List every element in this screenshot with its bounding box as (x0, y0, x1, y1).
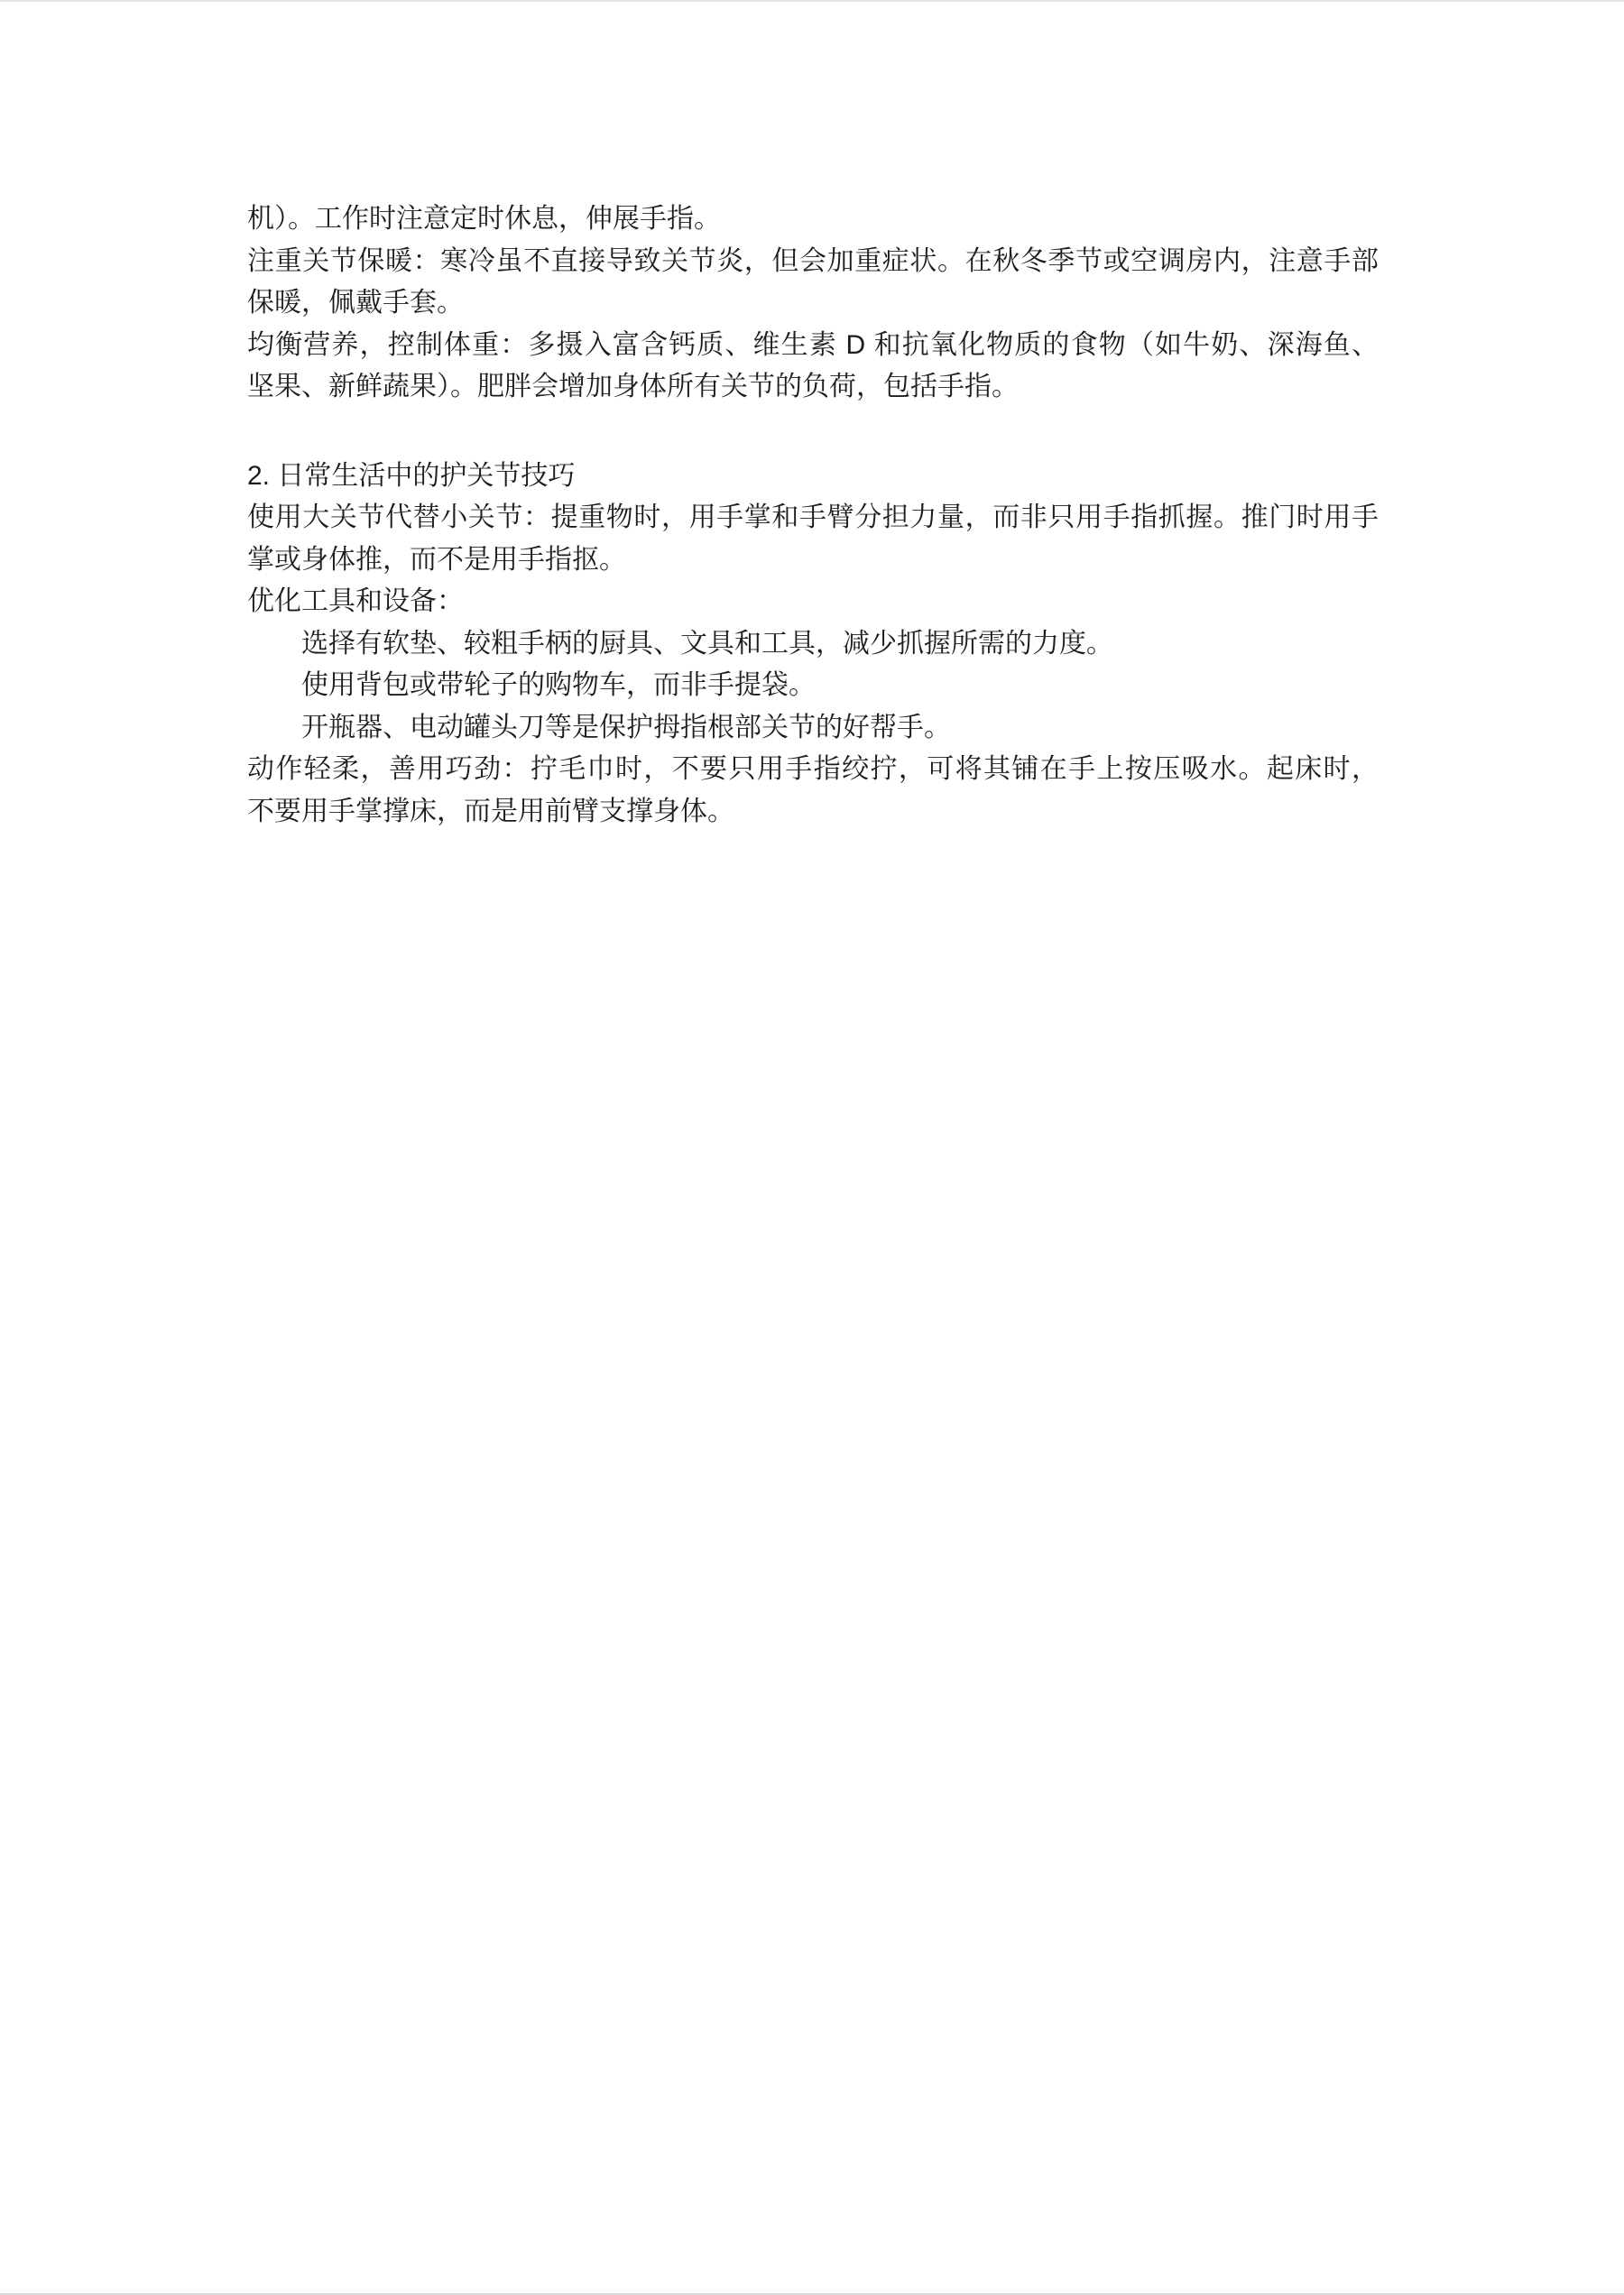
list-item: 开瓶器、电动罐头刀等是保护拇指根部关节的好帮手。 (247, 707, 1379, 750)
text-line: 掌或身体推，而不是用手指抠。 (247, 539, 1379, 582)
text-line: 使用大关节代替小关节：提重物时，用手掌和手臂分担力量，而非只用手指抓握。推门时用… (247, 497, 1379, 539)
text-line: 保暖，佩戴手套。 (247, 282, 1379, 325)
text-line: 机）。工作时注意定时休息，伸展手指。 (247, 198, 1379, 241)
text-line: 优化工具和设备： (247, 581, 1379, 623)
section-heading: 2. 日常生活中的护关节技巧 (247, 456, 1379, 498)
page-edge-top (0, 0, 1624, 2)
list-item: 选择有软垫、较粗手柄的厨具、文具和工具，减少抓握所需的力度。 (247, 623, 1379, 666)
paragraph-spacer (247, 409, 1379, 456)
text-line: 动作轻柔，善用巧劲：拧毛巾时，不要只用手指绞拧，可将其铺在手上按压吸水。起床时， (247, 749, 1379, 791)
text-line: 注重关节保暖：寒冷虽不直接导致关节炎，但会加重症状。在秋冬季节或空调房内，注意手… (247, 241, 1379, 283)
text-line: 坚果、新鲜蔬果）。肥胖会增加身体所有关节的负荷，包括手指。 (247, 366, 1379, 409)
text-line: 不要用手掌撑床，而是用前臂支撑身体。 (247, 791, 1379, 834)
text-line: 均衡营养，控制体重：多摄入富含钙质、维生素 D 和抗氧化物质的食物（如牛奶、深海… (247, 325, 1379, 367)
list-item: 使用背包或带轮子的购物车，而非手提袋。 (247, 665, 1379, 707)
document-page: 机）。工作时注意定时休息，伸展手指。 注重关节保暖：寒冷虽不直接导致关节炎，但会… (247, 198, 1379, 833)
